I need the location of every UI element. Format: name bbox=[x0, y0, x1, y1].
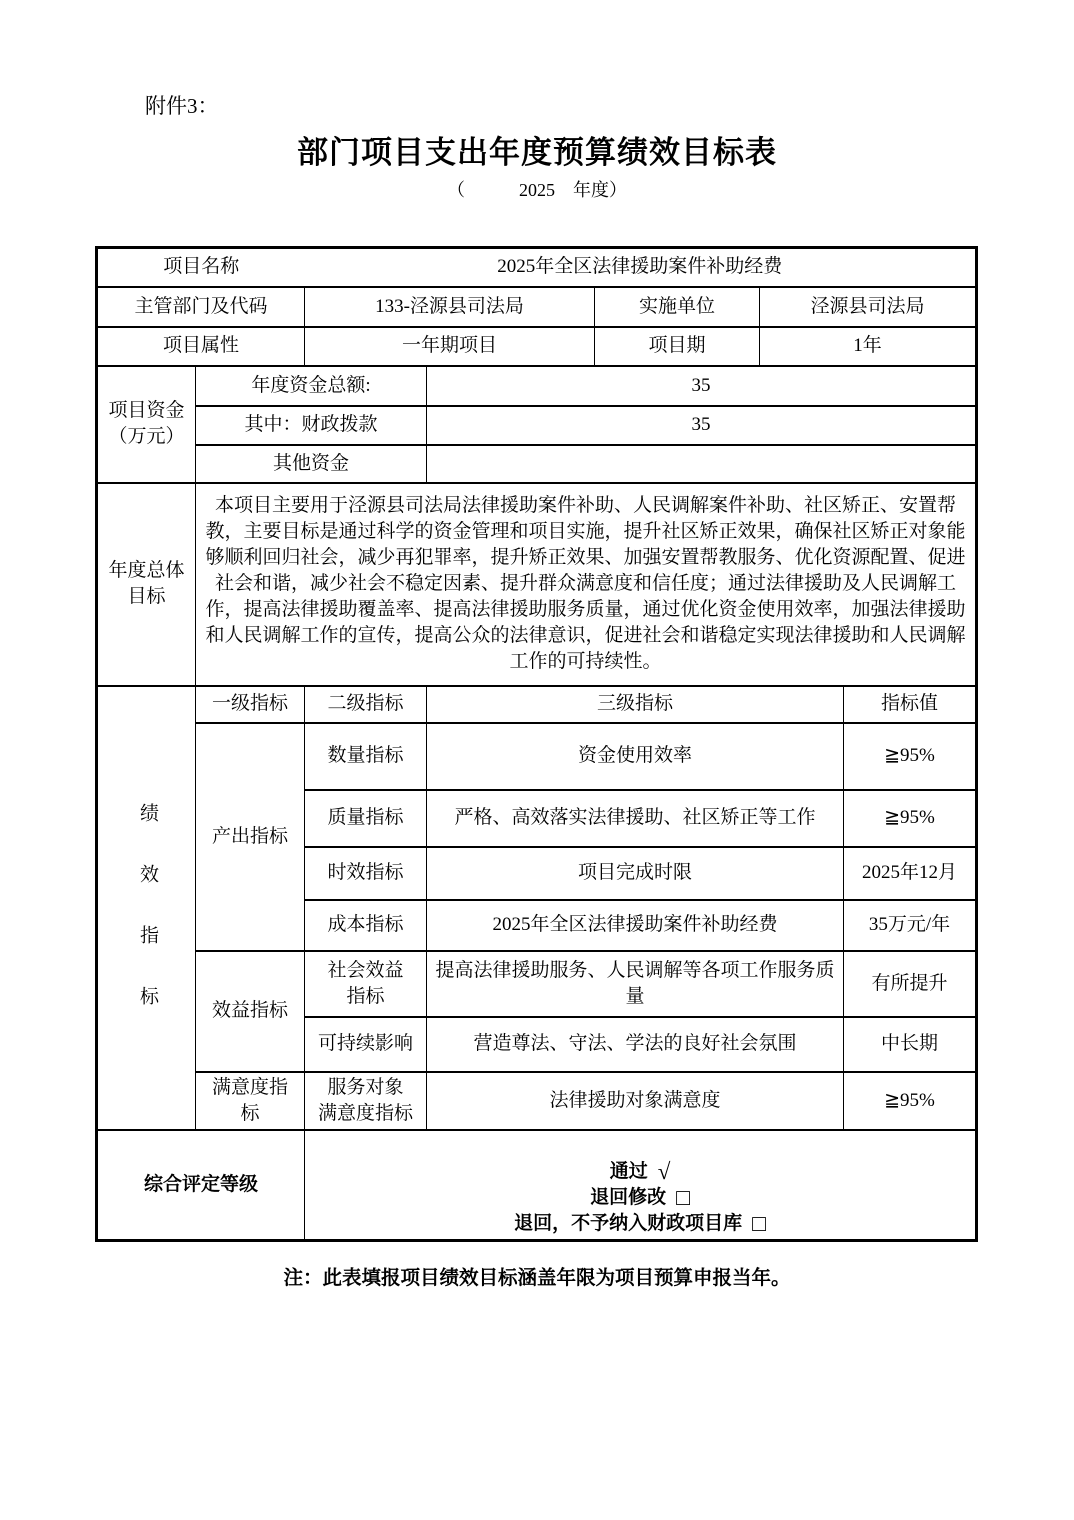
table-row-rating: 综合评定等级 通过√ 退回修改□ 退回，不予纳入财政项目库□ bbox=[97, 1130, 977, 1241]
table-row-attribute: 项目属性 一年期项目 项目期 1年 bbox=[97, 327, 977, 366]
dept-value: 133-泾源县司法局 bbox=[305, 287, 595, 327]
performance-target-table: 项目名称 2025年全区法律援助案件补助经费 主管部门及代码 133-泾源县司法… bbox=[95, 246, 978, 1242]
table-row-project-name: 项目名称 2025年全区法律援助案件补助经费 bbox=[97, 248, 977, 287]
period-label: 项目期 bbox=[595, 327, 760, 366]
header-level2: 二级指标 bbox=[305, 686, 427, 723]
value-sustain: 中长期 bbox=[844, 1017, 977, 1072]
table-row-indicator-social: 效益指标 社会效益指标 提高法律援助服务、人民调解等各项工作服务质量 有所提升 bbox=[97, 951, 977, 1017]
period-value: 1年 bbox=[760, 327, 977, 366]
rating-options: 通过√ 退回修改□ 退回，不予纳入财政项目库□ bbox=[305, 1130, 977, 1241]
header-level3: 三级指标 bbox=[427, 686, 844, 723]
fund-fiscal-label: 其中：财政拨款 bbox=[196, 406, 427, 445]
level3-time: 项目完成时限 bbox=[427, 847, 844, 900]
table-row-fund-total: 项目资金（万元） 年度资金总额: 35 bbox=[97, 366, 977, 406]
fund-other-label: 其他资金 bbox=[196, 445, 427, 483]
rating-option-reject: 退回，不予纳入财政项目库□ bbox=[514, 1211, 766, 1237]
fund-total-value: 35 bbox=[427, 366, 977, 406]
table-row-fund-fiscal: 其中：财政拨款 35 bbox=[97, 406, 977, 445]
attachment-label: 附件3： bbox=[145, 0, 1074, 120]
level2-time: 时效指标 bbox=[305, 847, 427, 900]
level1-satisfaction: 满意度指标 bbox=[196, 1072, 305, 1130]
indicators-side-label: 绩效指标 bbox=[97, 686, 196, 1130]
rating-reject-label: 退回，不予纳入财政项目库 bbox=[514, 1213, 742, 1234]
level2-sustain: 可持续影响 bbox=[305, 1017, 427, 1072]
rating-pass-label: 通过 bbox=[610, 1161, 648, 1182]
level2-cost: 成本指标 bbox=[305, 900, 427, 951]
dept-label: 主管部门及代码 bbox=[97, 287, 305, 327]
impl-unit-label: 实施单位 bbox=[595, 287, 760, 327]
level2-quality: 质量指标 bbox=[305, 790, 427, 847]
level2-social: 社会效益指标 bbox=[305, 951, 427, 1017]
checkbox-empty-icon: □ bbox=[752, 1211, 766, 1236]
header-level1: 一级指标 bbox=[196, 686, 305, 723]
level3-quantity: 资金使用效率 bbox=[427, 723, 844, 790]
impl-unit-value: 泾源县司法局 bbox=[760, 287, 977, 327]
rating-revise-label: 退回修改 bbox=[590, 1187, 666, 1208]
annual-goal-text: 本项目主要用于泾源县司法局法律援助案件补助、人民调解案件补助、社区矫正、安置帮教… bbox=[196, 483, 977, 686]
funds-label: 项目资金（万元） bbox=[97, 366, 196, 483]
attr-value: 一年期项目 bbox=[305, 327, 595, 366]
table-row-dept: 主管部门及代码 133-泾源县司法局 实施单位 泾源县司法局 bbox=[97, 287, 977, 327]
level1-output: 产出指标 bbox=[196, 723, 305, 951]
project-name-value: 2025年全区法律援助案件补助经费 bbox=[305, 248, 977, 287]
fund-total-label: 年度资金总额: bbox=[196, 366, 427, 406]
value-social: 有所提升 bbox=[844, 951, 977, 1017]
level3-sustain: 营造尊法、守法、学法的良好社会氛围 bbox=[427, 1017, 844, 1072]
value-time: 2025年12月 bbox=[844, 847, 977, 900]
level3-satisfaction: 法律援助对象满意度 bbox=[427, 1072, 844, 1130]
table-row-annual-goal: 年度总体目标 本项目主要用于泾源县司法局法律援助案件补助、人民调解案件补助、社区… bbox=[97, 483, 977, 686]
page-title: 部门项目支出年度预算绩效目标表 bbox=[0, 134, 1074, 172]
level1-benefit: 效益指标 bbox=[196, 951, 305, 1072]
fund-fiscal-value: 35 bbox=[427, 406, 977, 445]
checkbox-empty-icon: □ bbox=[676, 1185, 690, 1210]
table-row-fund-other: 其他资金 bbox=[97, 445, 977, 483]
level1-satisfaction-text: 满意度指标 bbox=[206, 1075, 293, 1127]
annual-goal-label-text: 年度总体目标 bbox=[106, 558, 187, 610]
project-name-label: 项目名称 bbox=[97, 248, 305, 287]
rating-option-revise: 退回修改□ bbox=[590, 1185, 690, 1211]
rating-option-pass: 通过√ bbox=[610, 1159, 671, 1185]
table-row-indicator-header: 绩效指标 一级指标 二级指标 三级指标 指标值 bbox=[97, 686, 977, 723]
table-row-indicator-quantity: 产出指标 数量指标 资金使用效率 ≧95% bbox=[97, 723, 977, 790]
table-row-indicator-satisfaction: 满意度指标 服务对象 满意度指标 法律援助对象满意度 ≧95% bbox=[97, 1072, 977, 1130]
value-quantity: ≧95% bbox=[844, 723, 977, 790]
header-value: 指标值 bbox=[844, 686, 977, 723]
value-quality: ≧95% bbox=[844, 790, 977, 847]
rating-label: 综合评定等级 bbox=[97, 1130, 305, 1241]
fund-other-value bbox=[427, 445, 977, 483]
value-satisfaction: ≧95% bbox=[844, 1072, 977, 1130]
level2-quantity: 数量指标 bbox=[305, 723, 427, 790]
attr-label: 项目属性 bbox=[97, 327, 305, 366]
funds-label-text: 项目资金（万元） bbox=[106, 398, 187, 450]
level2-satisfaction: 服务对象 满意度指标 bbox=[305, 1072, 427, 1130]
table-footnote: 注：此表填报项目绩效目标涵盖年限为项目预算申报当年。 bbox=[0, 1266, 1074, 1292]
check-mark-icon: √ bbox=[658, 1159, 671, 1184]
level3-quality: 严格、高效落实法律援助、社区矫正等工作 bbox=[427, 790, 844, 847]
indicators-side-label-text: 绩效指标 bbox=[136, 761, 157, 1047]
level2-social-text: 社会效益指标 bbox=[322, 958, 409, 1010]
level3-social: 提高法律援助服务、人民调解等各项工作服务质量 bbox=[427, 951, 844, 1017]
annual-goal-label: 年度总体目标 bbox=[97, 483, 196, 686]
page-subtitle: （ 2025 年度） bbox=[0, 178, 1074, 202]
value-cost: 35万元/年 bbox=[844, 900, 977, 951]
level3-cost: 2025年全区法律援助案件补助经费 bbox=[427, 900, 844, 951]
